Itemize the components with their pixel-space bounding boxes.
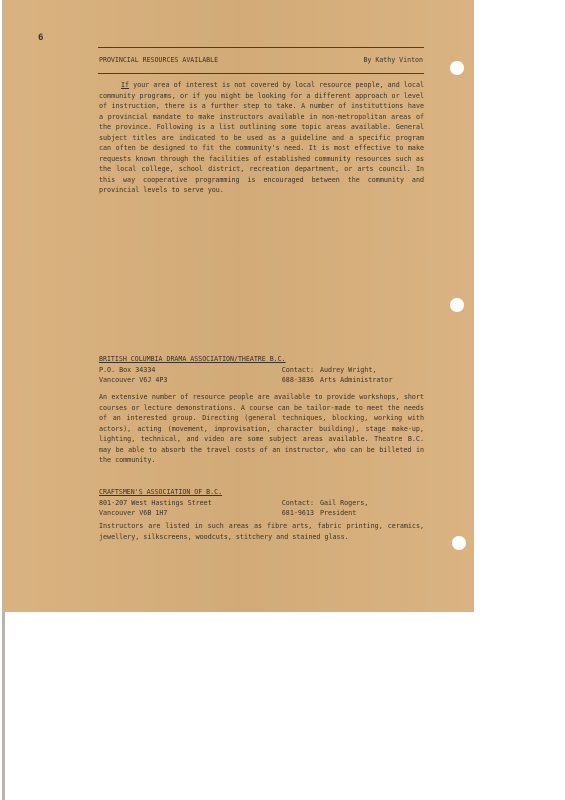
contact-labels: Contact:688-3836 (278, 365, 314, 385)
address-line: 801-207 West Hastings Street (99, 498, 212, 508)
address-line: Vancouver V6B 1H7 (99, 508, 212, 518)
punch-hole (450, 61, 464, 75)
punch-hole (450, 298, 464, 312)
contact-name: Gail Rogers, (320, 498, 368, 508)
org-address: P.O. Box 34334Vancouver V6J 4P3 (99, 365, 167, 385)
org-name-theatre-bc: BRITISH COLUMBIA DRAMA ASSOCIATION/THEAT… (99, 355, 286, 363)
address-line: Vancouver V6J 4P3 (99, 375, 167, 385)
punch-hole (452, 536, 466, 550)
contact-name: Audrey Wright, (320, 365, 392, 375)
intro-text: your area of interest is not covered by … (99, 81, 424, 194)
header-rule-top (98, 47, 424, 48)
header-rule-bottom (98, 73, 424, 74)
org-description: Instructors are listed in such areas as … (99, 521, 424, 542)
contact-labels: Contact:681-9613 (278, 498, 314, 518)
org-address: 801-207 West Hastings StreetVancouver V6… (99, 498, 212, 518)
contact-label: Contact: (278, 498, 314, 508)
contact-details: Gail Rogers,President (320, 498, 368, 518)
page-number: 6 (38, 33, 43, 43)
contact-title: Arts Administrator (320, 375, 392, 385)
contact-phone: 688-3836 (278, 375, 314, 385)
contact-title: President (320, 508, 368, 518)
intro-paragraph: If your area of interest is not covered … (99, 80, 424, 196)
contact-phone: 681-9613 (278, 508, 314, 518)
address-line: P.O. Box 34334 (99, 365, 167, 375)
contact-details: Audrey Wright,Arts Administrator (320, 365, 392, 385)
org-name-craftsmens-association: CRAFTSMEN'S ASSOCIATION OF B.C. (99, 488, 222, 496)
intro-lead-word: If (121, 81, 129, 89)
article-title: PROVINCIAL RESOURCES AVAILABLE (99, 56, 218, 64)
article-author: By Kathy Vinton (363, 56, 423, 64)
org-description: An extensive number of resource people a… (99, 392, 424, 466)
contact-label: Contact: (278, 365, 314, 375)
